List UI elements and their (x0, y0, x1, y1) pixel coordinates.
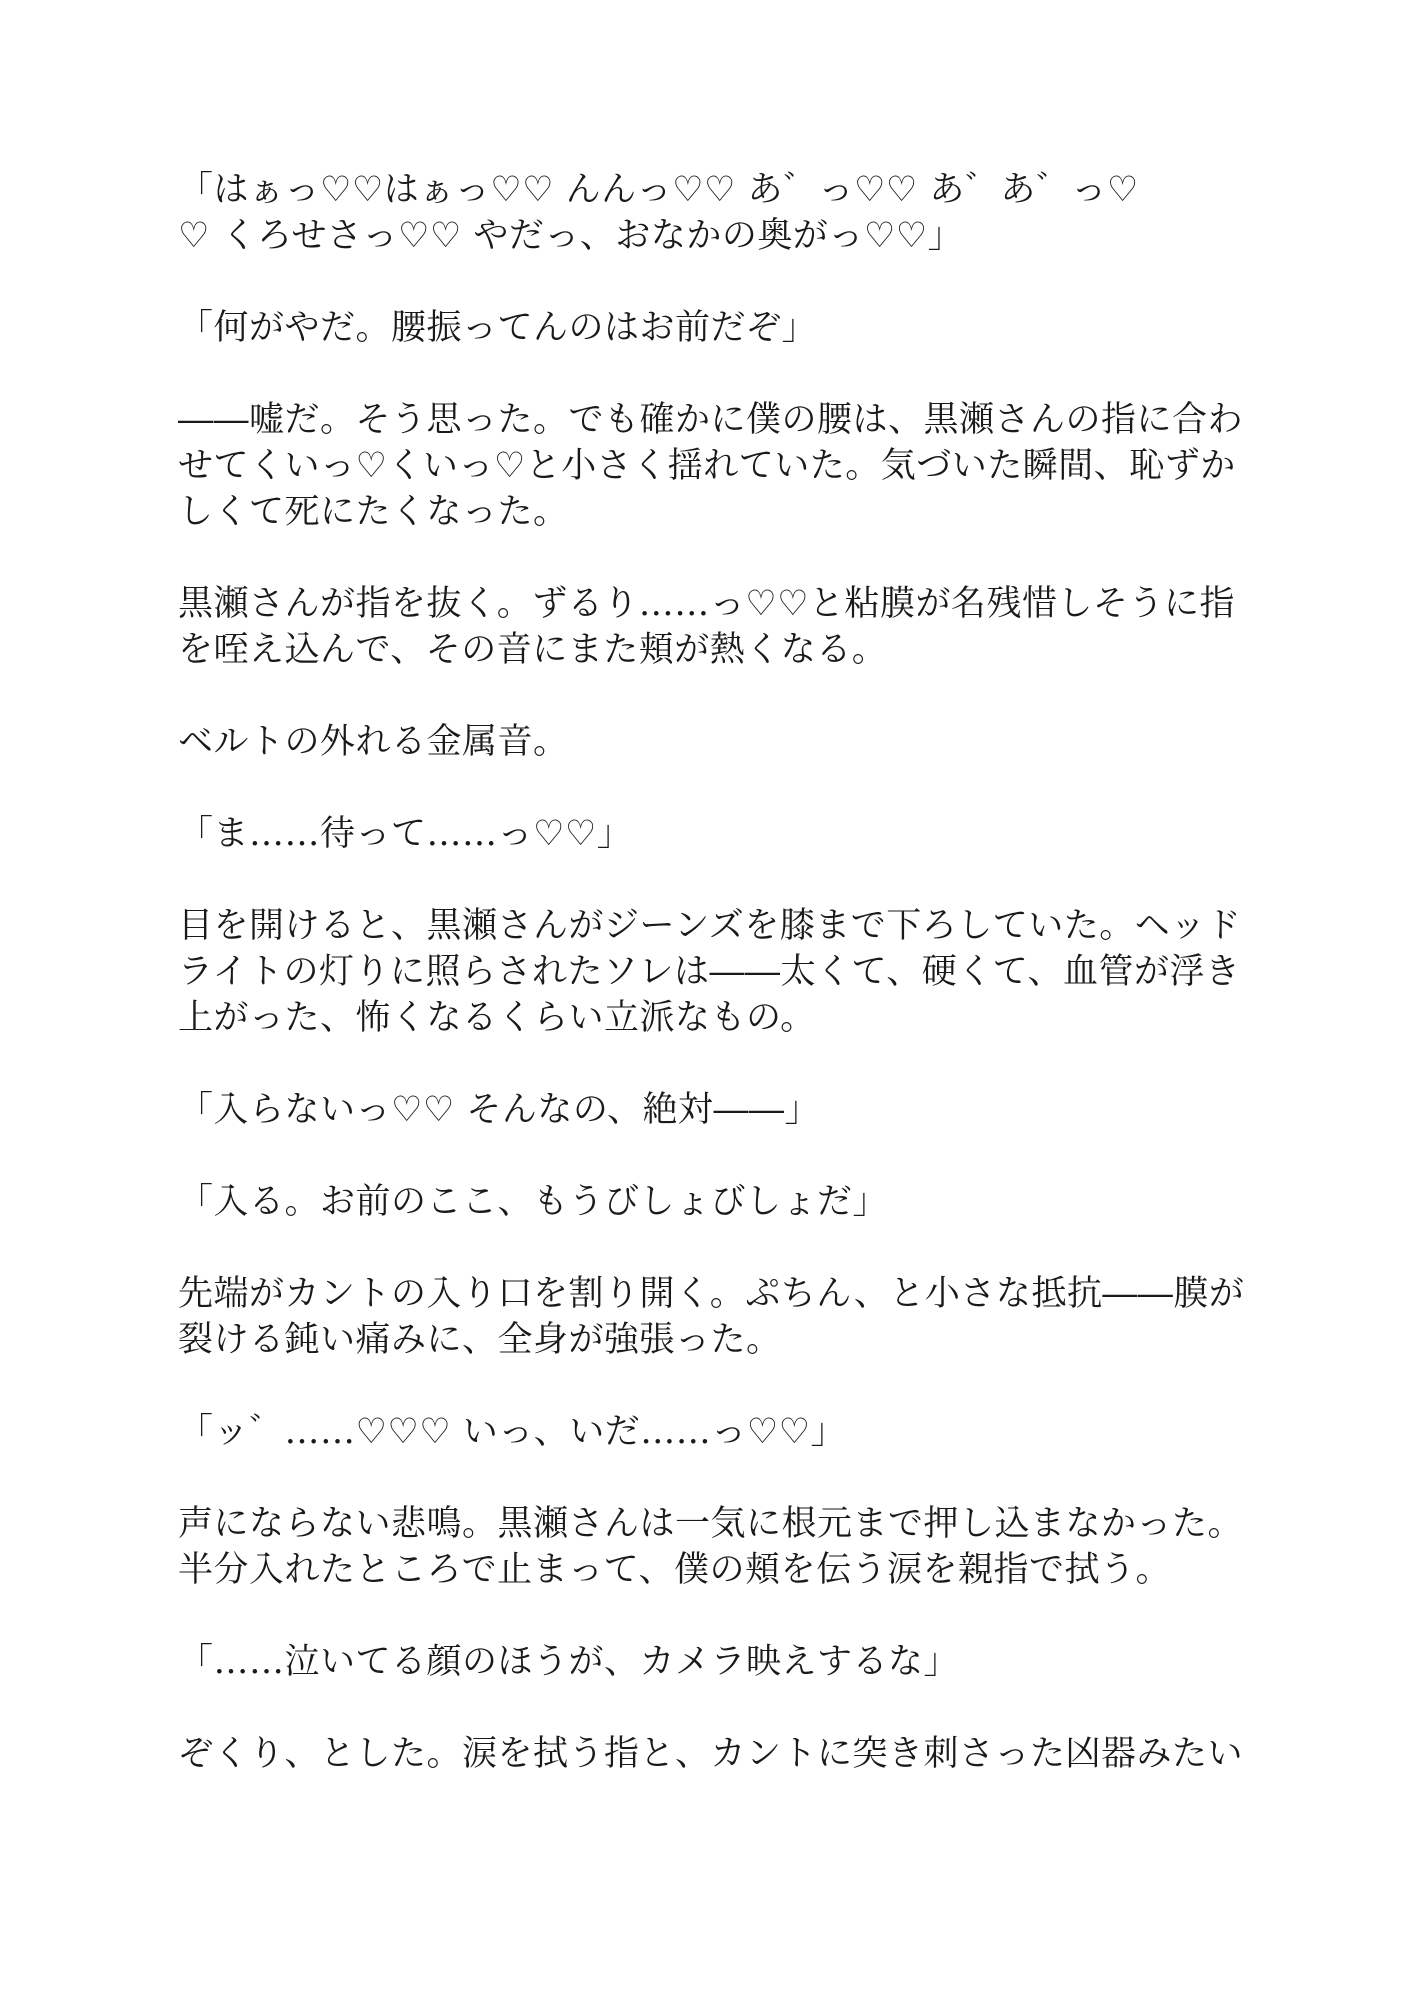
story-line: ライトの灯りに照らされたソレは――太くて、硬くて、血管が浮き (178, 949, 1208, 995)
paragraph: 声にならない悲鳴。黒瀬さんは一気に根元まで押し込まなかった。 半分入れたところで… (178, 1501, 1208, 1593)
story-line: 黒瀬さんが指を抜く。ずるり……っ♡♡と粘膜が名残惜しそうに指 (178, 581, 1208, 627)
paragraph: 黒瀬さんが指を抜く。ずるり……っ♡♡と粘膜が名残惜しそうに指 を咥え込んで、その… (178, 581, 1208, 673)
paragraph: 目を開けると、黒瀬さんがジーンズを膝まで下ろしていた。ヘッド ライトの灯りに照ら… (178, 903, 1208, 1041)
story-text-block: 「はぁっ♡♡はぁっ♡♡ んんっ♡♡ あ゛っ♡♡ あ゛あ゛っ♡ ♡ くろせさっ♡♡… (178, 167, 1208, 1823)
paragraph: 「入る。お前のここ、もうびしょびしょだ」 (178, 1179, 1208, 1225)
paragraph: 「はぁっ♡♡はぁっ♡♡ んんっ♡♡ あ゛っ♡♡ あ゛あ゛っ♡ ♡ くろせさっ♡♡… (178, 167, 1208, 259)
story-line: 先端がカントの入り口を割り開く。ぷちん、と小さな抵抗――膜が (178, 1271, 1208, 1317)
paragraph: 「……泣いてる顔のほうが、カメラ映えするな」 (178, 1639, 1208, 1685)
story-line: 上がった、怖くなるくらい立派なもの。 (178, 995, 1208, 1041)
story-line: 「はぁっ♡♡はぁっ♡♡ んんっ♡♡ あ゛っ♡♡ あ゛あ゛っ♡ (178, 167, 1208, 213)
story-line: を咥え込んで、その音にまた頬が熱くなる。 (178, 627, 1208, 673)
story-line: ――嘘だ。そう思った。でも確かに僕の腰は、黒瀬さんの指に合わ (178, 397, 1208, 443)
paragraph: ぞくり、とした。涙を拭う指と、カントに突き刺さった凶器みたい (178, 1731, 1208, 1777)
story-line: 「入る。お前のここ、もうびしょびしょだ」 (178, 1179, 1208, 1225)
story-line: 半分入れたところで止まって、僕の頬を伝う涙を親指で拭う。 (178, 1547, 1208, 1593)
story-line: 裂ける鈍い痛みに、全身が強張った。 (178, 1317, 1208, 1363)
story-line: ♡ くろせさっ♡♡ やだっ、おなかの奥がっ♡♡」 (178, 213, 1208, 259)
paragraph: 「ッ゛……♡♡♡ いっ、いだ……っ♡♡」 (178, 1409, 1208, 1455)
story-line: 声にならない悲鳴。黒瀬さんは一気に根元まで押し込まなかった。 (178, 1501, 1208, 1547)
paragraph: 「ま……待って……っ♡♡」 (178, 811, 1208, 857)
story-line: 「何がやだ。腰振ってんのはお前だぞ」 (178, 305, 1208, 351)
paragraph: ――嘘だ。そう思った。でも確かに僕の腰は、黒瀬さんの指に合わ せてくいっ♡くいっ… (178, 397, 1208, 535)
paragraph: 「何がやだ。腰振ってんのはお前だぞ」 (178, 305, 1208, 351)
story-line: 「ッ゛……♡♡♡ いっ、いだ……っ♡♡」 (178, 1409, 1208, 1455)
paragraph: 「入らないっ♡♡ そんなの、絶対――」 (178, 1087, 1208, 1133)
paragraph: 先端がカントの入り口を割り開く。ぷちん、と小さな抵抗――膜が 裂ける鈍い痛みに、… (178, 1271, 1208, 1363)
story-line: しくて死にたくなった。 (178, 489, 1208, 535)
story-line: ベルトの外れる金属音。 (178, 719, 1208, 765)
story-line: 「入らないっ♡♡ そんなの、絶対――」 (178, 1087, 1208, 1133)
document-page: 「はぁっ♡♡はぁっ♡♡ んんっ♡♡ あ゛っ♡♡ あ゛あ゛っ♡ ♡ くろせさっ♡♡… (0, 0, 1415, 2000)
story-line: ぞくり、とした。涙を拭う指と、カントに突き刺さった凶器みたい (178, 1731, 1208, 1777)
story-line: 目を開けると、黒瀬さんがジーンズを膝まで下ろしていた。ヘッド (178, 903, 1208, 949)
story-line: 「……泣いてる顔のほうが、カメラ映えするな」 (178, 1639, 1208, 1685)
story-line: 「ま……待って……っ♡♡」 (178, 811, 1208, 857)
story-line: せてくいっ♡くいっ♡と小さく揺れていた。気づいた瞬間、恥ずか (178, 443, 1208, 489)
paragraph: ベルトの外れる金属音。 (178, 719, 1208, 765)
